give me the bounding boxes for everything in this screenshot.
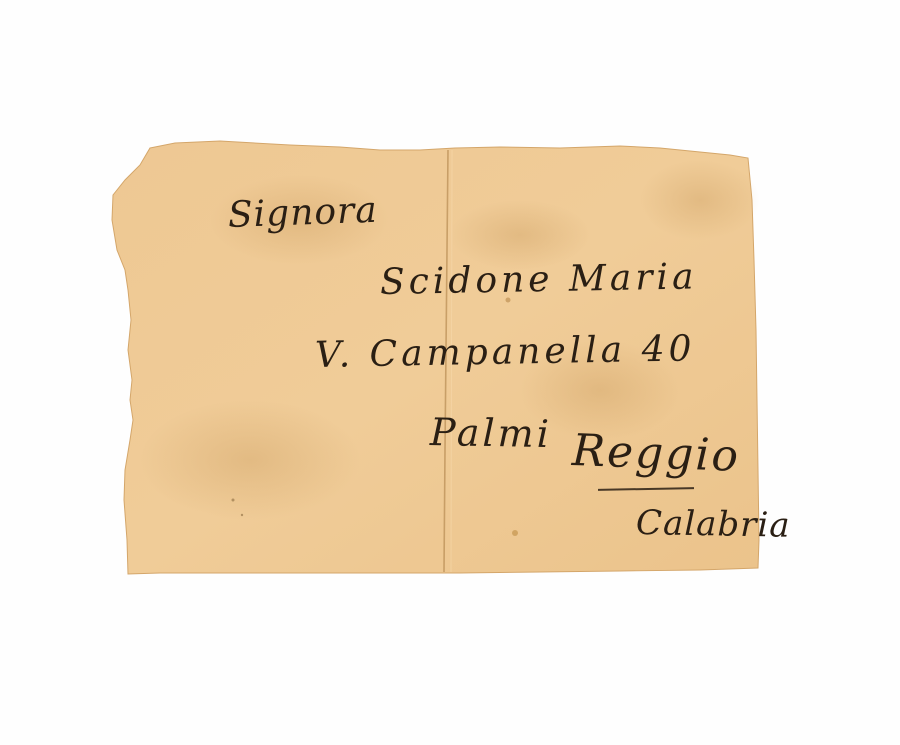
salutation-line: Signora [227,190,378,236]
scanned-document: Signora Scidone Maria V. Campanella 40 P… [0,0,900,745]
region-line: Calabria [636,503,791,546]
city-line: Palmi [430,410,553,456]
recipient-name-line: Scidone Maria [380,256,698,303]
street-address-line: V. Campanella 40 [315,328,696,376]
province-line: Reggio [571,425,741,482]
